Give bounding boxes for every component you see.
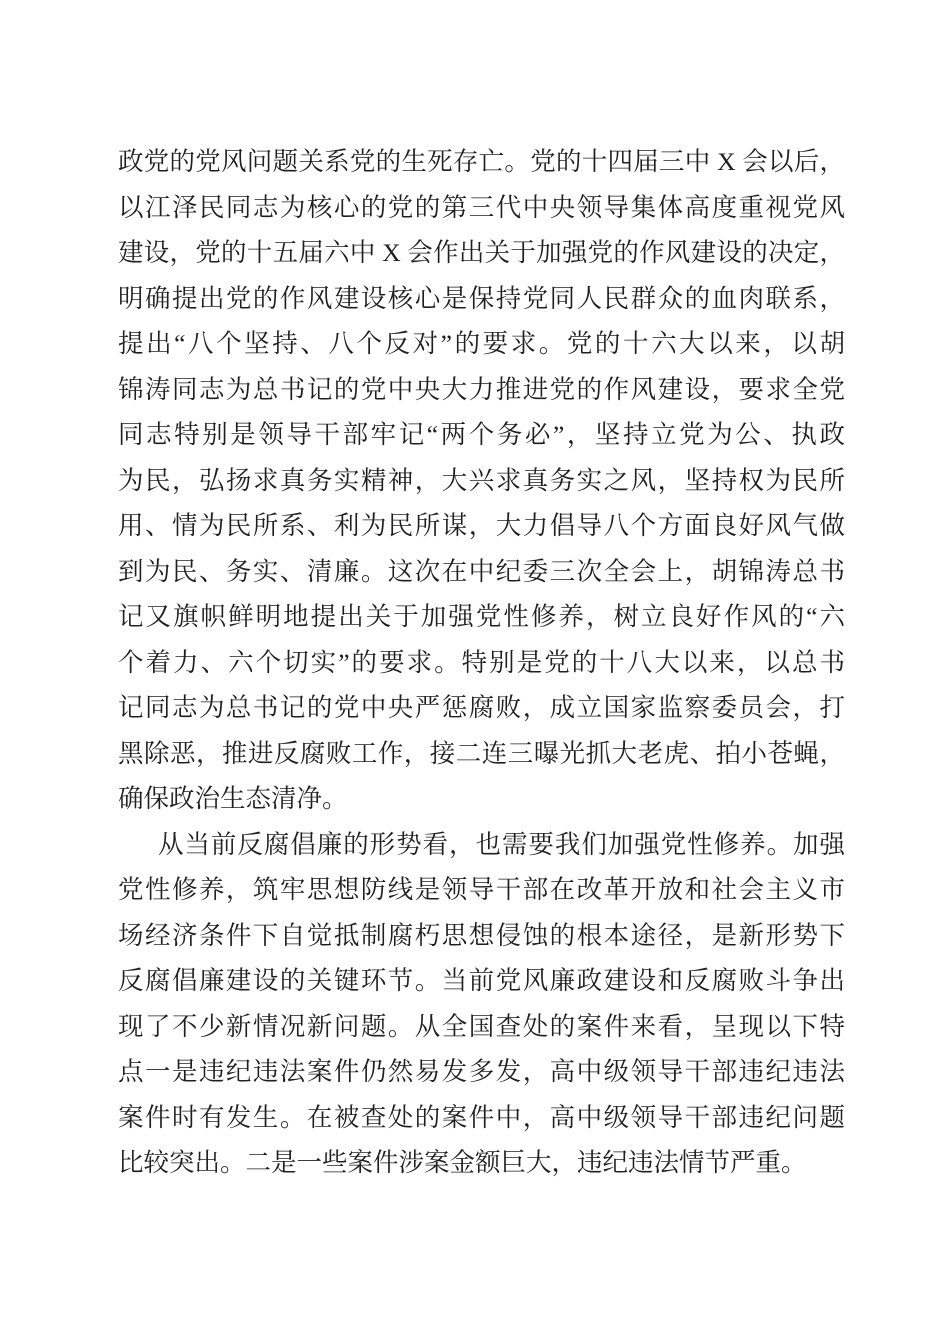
text-line: 确保政治生态清净。 [118,776,845,822]
text-line: 到为民、务实、清廉。这次在中纪委三次全会上，胡锦涛总书 [118,549,845,595]
text-line: 黑除恶，推进反腐败工作，接二连三曝光抓大老虎、拍小苍蝇， [118,731,845,777]
text-line: 场经济条件下自觉抵制腐朽思想侵蚀的根本途径，是新形势下 [118,913,845,959]
document-page: 政党的党风问题关系党的生死存亡。党的十四届三中 X 会以后，以江泽民同志为核心的… [0,0,950,1344]
text-line: 政党的党风问题关系党的生死存亡。党的十四届三中 X 会以后， [118,139,845,185]
text-line: 用、情为民所系、利为民所谋，大力倡导八个方面良好风气做 [118,503,845,549]
text-line: 锦涛同志为总书记的党中央大力推进党的作风建设，要求全党 [118,367,845,413]
text-line: 比较突出。二是一些案件涉案金额巨大，违纪违法情节严重。 [118,1140,845,1186]
text-line: 个着力、六个切实”的要求。特别是党的十八大以来，以总书 [118,640,845,686]
text-line: 党性修养，筑牢思想防线是领导干部在改革开放和社会主义市 [118,867,845,913]
text-line: 建设，党的十五届六中 X 会作出关于加强党的作风建设的决定， [118,230,845,276]
text-line: 明确提出党的作风建设核心是保持党同人民群众的血肉联系， [118,276,845,322]
text-line: 记又旗帜鲜明地提出关于加强党性修养，树立良好作风的“六 [118,594,845,640]
text-line: 同志特别是领导干部牢记“两个务必”，坚持立党为公、执政 [118,412,845,458]
text-line: 从当前反腐倡廉的形势看，也需要我们加强党性修养。加强 [118,822,845,868]
text-line: 以江泽民同志为核心的党的第三代中央领导集体高度重视党风 [118,185,845,231]
text-line: 现了不少新情况新问题。从全国查处的案件来看，呈现以下特 [118,1004,845,1050]
text-line: 案件时有发生。在被查处的案件中，高中级领导干部违纪问题 [118,1095,845,1141]
text-line: 为民，弘扬求真务实精神，大兴求真务实之风，坚持权为民所 [118,458,845,504]
text-line: 提出“八个坚持、八个反对”的要求。党的十六大以来，以胡 [118,321,845,367]
text-line: 记同志为总书记的党中央严惩腐败，成立国家监察委员会，打 [118,685,845,731]
text-line: 点一是违纪违法案件仍然易发多发，高中级领导干部违纪违法 [118,1049,845,1095]
text-line: 反腐倡廉建设的关键环节。当前党风廉政建设和反腐败斗争出 [118,958,845,1004]
document-body: 政党的党风问题关系党的生死存亡。党的十四届三中 X 会以后，以江泽民同志为核心的… [118,139,845,1186]
